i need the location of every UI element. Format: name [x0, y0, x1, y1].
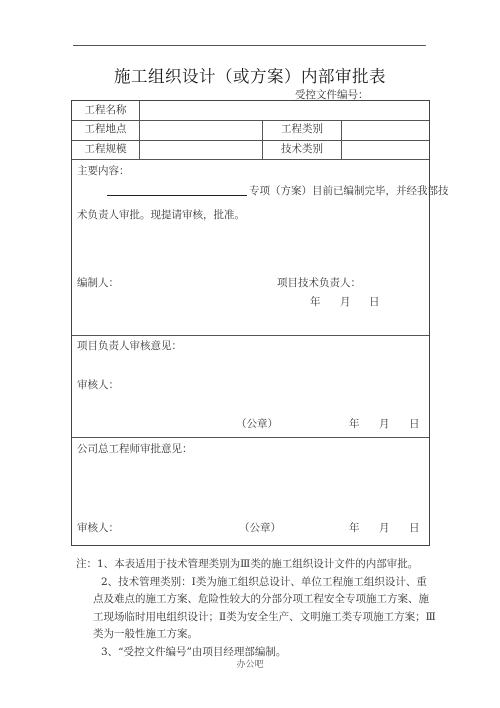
date-month: 月 — [340, 294, 351, 309]
note-1: 注：1、本表适用于技术管理类别为Ⅲ类的施工组织设计文件的内部审批。 — [76, 556, 418, 574]
project-name-label: 工程名称 — [72, 101, 139, 120]
ce-seal-label: （公章） — [239, 520, 281, 535]
main-content-line1: 专项（方案）目前已编制完毕，并经我部技 — [249, 183, 449, 198]
project-location-field[interactable] — [140, 120, 262, 140]
pm-seal-label: （公章） — [236, 416, 278, 431]
pm-review-label: 项目负责人审核意见： — [77, 338, 182, 353]
project-category-label: 工程类别 — [263, 120, 341, 140]
project-name-field[interactable] — [140, 101, 429, 120]
project-category-field[interactable] — [342, 120, 429, 140]
tech-category-label: 技术类别 — [263, 140, 341, 159]
tech-category-field[interactable] — [342, 140, 429, 159]
footer-watermark: 办公吧 — [0, 657, 500, 670]
project-scale-label: 工程规模 — [72, 140, 139, 159]
project-location-label: 工程地点 — [72, 120, 139, 140]
pm-date-day: 日 — [409, 416, 420, 431]
project-scale-field[interactable] — [140, 140, 262, 159]
pm-date-month: 月 — [379, 416, 390, 431]
header-mark: . — [424, 41, 426, 48]
tech-lead-label: 项目技术负责人： — [277, 275, 361, 290]
row-divider — [72, 159, 429, 160]
ce-date-month: 月 — [379, 520, 390, 535]
pm-reviewer-label: 审核人： — [77, 377, 119, 392]
section-divider — [72, 437, 429, 438]
page-title: 施工组织设计（或方案）内部审批表 — [0, 63, 500, 87]
pm-date-year: 年 — [349, 416, 360, 431]
chief-engineer-label: 公司总工程师审批意见： — [77, 441, 193, 456]
ce-reviewer-label: 审核人： — [77, 520, 119, 535]
section-divider — [72, 335, 429, 336]
preparer-label: 编制人： — [77, 275, 119, 290]
approval-form-table: 工程名称 工程地点 工程类别 工程规模 技术类别 主要内容： 专项（方案）目前已… — [71, 100, 430, 546]
header-rule — [73, 45, 426, 46]
main-content-line2: 术负责人审批。现提请审核，批准。 — [77, 207, 245, 222]
date-day: 日 — [369, 294, 380, 309]
main-content-label: 主要内容： — [77, 163, 130, 178]
project-name-blank[interactable] — [107, 195, 247, 196]
date-year: 年 — [310, 294, 321, 309]
ce-date-day: 日 — [409, 520, 420, 535]
note-2: 2、技术管理类别：Ⅰ类为施工组织总设计、单位工程施工组织设计、重点及难点的施工方… — [93, 574, 437, 644]
ce-date-year: 年 — [349, 520, 360, 535]
